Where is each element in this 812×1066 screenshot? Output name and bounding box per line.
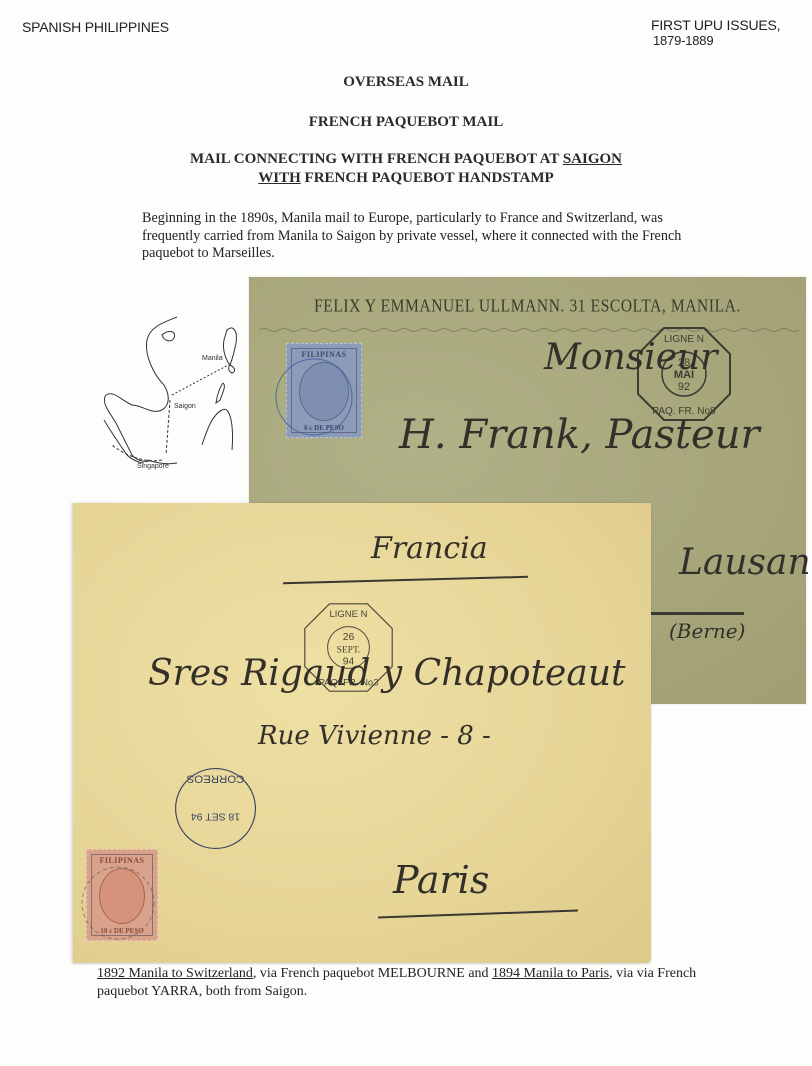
intro-paragraph: Beginning in the 1890s, Manila mail to E… bbox=[142, 210, 702, 263]
cover-1892-imprint: FELIX Y EMMANUEL ULLMANN. 31 ESCOLTA, MA… bbox=[249, 297, 806, 318]
cover-1894-address-line3: Paris bbox=[393, 858, 489, 902]
header-right-line2: 1879-1889 bbox=[651, 33, 780, 49]
svg-text:Saigon: Saigon bbox=[174, 403, 196, 410]
correos-postmark-1894: 18 SET 94 CORREOS bbox=[168, 761, 263, 856]
cover-1892-address-line1: Monsieur bbox=[544, 337, 717, 378]
svg-text:18 SET 94: 18 SET 94 bbox=[191, 810, 240, 821]
address-underline bbox=[649, 612, 744, 615]
header-right-line1: FIRST UPU ISSUES, bbox=[651, 17, 780, 33]
svg-text:LIGNE N: LIGNE N bbox=[329, 609, 367, 620]
subsection-title: FRENCH PAQUEBOT MAIL bbox=[0, 114, 812, 131]
section-title: OVERSEAS MAIL bbox=[0, 74, 812, 91]
paris-underline bbox=[378, 910, 578, 919]
caption-cover-1892: 1892 Manila to Switzerland bbox=[97, 966, 253, 981]
svg-text:CORREOS: CORREOS bbox=[186, 772, 244, 784]
cover-1892-address-line3: Lausanne bbox=[679, 542, 812, 583]
cover-1894-address-line2: Rue Vivienne - 8 - bbox=[258, 721, 491, 751]
exhibit-caption: 1892 Manila to Switzerland, via French p… bbox=[97, 965, 737, 1000]
page-header-left: SPANISH PHILIPPINES bbox=[22, 19, 169, 35]
cover-1892-address-line2: H. Frank, Pasteur bbox=[399, 412, 760, 458]
manila-cancel-1894 bbox=[73, 858, 163, 948]
cover-1892-address-line4: (Berne) bbox=[669, 619, 745, 643]
cover-1894-direction: Francia bbox=[371, 531, 488, 566]
svg-text:Singapore: Singapore bbox=[137, 463, 169, 470]
page-header-right: FIRST UPU ISSUES, 1879-1889 bbox=[651, 17, 780, 49]
heading-with: WITH bbox=[258, 170, 301, 186]
manila-cancel-1892 bbox=[264, 352, 364, 442]
heading-saigon: SAIGON bbox=[563, 151, 622, 167]
svg-text:26: 26 bbox=[343, 632, 355, 643]
caption-cover-1894: 1894 Manila to Paris bbox=[492, 966, 609, 981]
cover-1894-address-line1: Sres Rigaud y Chapoteaut bbox=[148, 653, 625, 694]
cover-1894-envelope: Francia LIGNE N 26 SEPT. 94 PAQ. FR. No3… bbox=[73, 503, 651, 963]
direction-underline bbox=[283, 576, 528, 584]
svg-text:Manila: Manila bbox=[202, 355, 223, 362]
exhibit-heading: MAIL CONNECTING WITH FRENCH PAQUEBOT AT … bbox=[0, 150, 812, 188]
route-map: Manila Saigon Singapore bbox=[92, 305, 242, 470]
svg-text:92: 92 bbox=[678, 381, 690, 393]
